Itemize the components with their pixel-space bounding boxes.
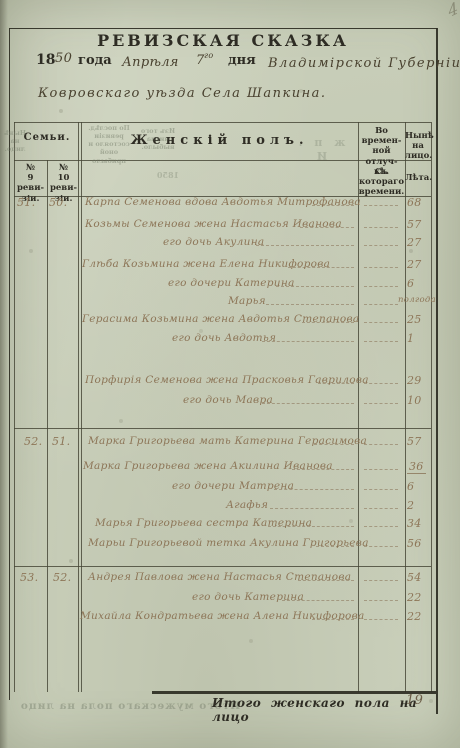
member-name: Карпа Семенова вдова Авдотья Митрофанова xyxy=(85,196,361,208)
leader-dashes xyxy=(364,546,398,547)
column-header-now-present: Нынѣ на лицо. xyxy=(405,131,431,162)
bleedthrough-text: Итого мужескаго пола на лицо xyxy=(15,700,245,713)
leader-dashes xyxy=(364,469,398,470)
uyezd-village-line: Ковровскаго уѣзда Села Шапкина. xyxy=(38,86,327,101)
member-name: Марка Григорьева мать Катерина Герасимов… xyxy=(88,435,367,447)
year-handwritten: 50 xyxy=(55,51,72,66)
leader-dashes xyxy=(364,245,398,246)
table-row: Марьи Григорьевой тетка Акулина Григорье… xyxy=(0,537,460,553)
member-name: Порфирія Семенова жена Прасковья Гаврило… xyxy=(85,374,369,386)
member-age: 56 xyxy=(407,537,422,550)
leader-dashes xyxy=(364,580,398,581)
family-separator xyxy=(14,428,431,429)
corner-page-mark: 4 xyxy=(446,0,460,21)
leader-dashes xyxy=(364,304,398,305)
member-name: его дочери Катерина xyxy=(168,277,295,289)
member-name: Герасима Козьмина жена Авдотья Степанова xyxy=(82,313,359,325)
leader-dashes xyxy=(266,304,354,305)
table-row: Козьмы Семенова жена Настасья Иванова 57 xyxy=(0,218,460,234)
leader-dashes xyxy=(316,546,354,547)
bleedthrough-text: Изъ того числа выбыло. xyxy=(137,127,179,151)
member-age: 27 xyxy=(407,236,422,249)
total-rule xyxy=(152,691,436,694)
member-name: его дочери Матрена xyxy=(172,480,294,492)
table-row: его дочь Авдотья 1 xyxy=(0,332,460,348)
gubernia-handwritten: Владимірской Губерніи xyxy=(268,56,460,71)
bleedthrough-text: Нынѣ на лицо. xyxy=(0,129,30,153)
bleedthrough-text: 1850 xyxy=(148,170,188,180)
table-row: Марка Григорьева жена Акилина Иванова 36 xyxy=(0,460,460,476)
year-word: года xyxy=(78,53,112,68)
table-row: его дочери Катерина 6 xyxy=(0,277,460,293)
leader-dashes xyxy=(268,526,354,527)
document-title: РЕВИЗСКАЯ СКАЗКА xyxy=(9,31,437,50)
member-age: полгода xyxy=(398,295,436,305)
member-age: 57 xyxy=(407,435,422,448)
member-age: 6 xyxy=(407,480,414,493)
table-row: Агафья 2 xyxy=(0,499,460,515)
member-age: 6 xyxy=(407,277,414,290)
table-row: Михайла Кондратьева жена Алена Никифоров… xyxy=(0,610,460,626)
bleedthrough-text: По послѣд. ревизіи состояло и оной прибы… xyxy=(84,124,134,165)
family-separator xyxy=(14,566,431,567)
day-ordinal-suffix: го xyxy=(204,51,213,60)
member-name: Марьи Григорьевой тетка Акулина Григорье… xyxy=(88,537,369,549)
table-row: Марья полгода xyxy=(0,295,460,311)
month-handwritten: Апрѣля xyxy=(122,55,179,70)
leader-dashes xyxy=(364,341,398,342)
column-header-years: Лѣта. xyxy=(405,173,431,183)
member-age: 25 xyxy=(407,313,422,326)
member-age: 27 xyxy=(407,258,422,271)
member-name: его дочь Акулина xyxy=(163,236,264,248)
member-age: 36 xyxy=(407,460,426,474)
leader-dashes xyxy=(364,322,398,323)
table-row: Глѣба Козьмина жена Елена Никифорова 27 xyxy=(0,258,460,274)
leader-dashes xyxy=(288,267,354,268)
table-row: его дочь Катерина 22 xyxy=(0,591,460,607)
leader-dashes xyxy=(364,403,398,404)
leader-dashes xyxy=(256,245,354,246)
leader-dashes xyxy=(314,444,354,445)
leader-dashes xyxy=(302,322,354,323)
leader-dashes xyxy=(292,469,354,470)
table-row: Герасима Козьмина жена Авдотья Степанова… xyxy=(0,313,460,329)
member-age: 22 xyxy=(407,591,422,604)
member-name: Марья Григорьева сестра Катерина xyxy=(95,517,312,529)
table-row: Марья Григорьева сестра Катерина 34 xyxy=(0,517,460,533)
leader-dashes xyxy=(364,600,398,601)
member-name: Агафья xyxy=(226,499,268,511)
paper-speckles xyxy=(0,0,2,2)
leader-dashes xyxy=(274,489,354,490)
table-row: Марка Григорьева мать Катерина Герасимов… xyxy=(0,435,460,451)
member-age: 1 xyxy=(407,332,414,345)
member-name: Марья xyxy=(228,295,266,307)
member-age: 29 xyxy=(407,374,422,387)
member-name: его дочь Катерина xyxy=(192,591,304,603)
leader-dashes xyxy=(298,580,354,581)
column-header-since-when: Съ котораго времени. xyxy=(358,167,405,198)
leader-dashes xyxy=(364,286,398,287)
member-age: 2 xyxy=(407,499,414,512)
table-row: Карпа Семенова вдова Авдотья Митрофанова… xyxy=(0,196,460,212)
leader-dashes xyxy=(276,286,354,287)
leader-dashes xyxy=(364,383,398,384)
member-name: Михайла Кондратьева жена Алена Никифоров… xyxy=(80,610,365,622)
member-age: 10 xyxy=(407,394,422,407)
leader-dashes xyxy=(282,600,354,601)
leader-dashes xyxy=(262,403,354,404)
member-name: Козьмы Семенова жена Настасья Иванова xyxy=(85,218,342,230)
leader-dashes xyxy=(262,341,354,342)
table-row: Андрея Павлова жена Настасья Степанова 5… xyxy=(0,571,460,587)
member-name: Андрея Павлова жена Настасья Степанова xyxy=(88,571,351,583)
year-printed: 18 xyxy=(36,52,55,68)
member-age: 57 xyxy=(407,218,422,231)
leader-dashes xyxy=(364,227,398,228)
leader-dashes xyxy=(364,267,398,268)
member-name: его дочь Авдотья xyxy=(172,332,276,344)
leader-dashes xyxy=(270,508,354,509)
leader-dashes xyxy=(364,526,398,527)
table-row: его дочери Матрена 6 xyxy=(0,480,460,496)
member-name: Марка Григорьева жена Акилина Иванова xyxy=(83,460,333,472)
leader-dashes xyxy=(300,227,354,228)
leader-dashes xyxy=(364,205,398,206)
table-row: Порфирія Семенова жена Прасковья Гаврило… xyxy=(0,374,460,390)
leader-dashes xyxy=(318,383,354,384)
member-age: 54 xyxy=(407,571,422,584)
member-age: 68 xyxy=(407,196,422,209)
member-name: его дочь Мавра xyxy=(183,394,273,406)
page-border-top xyxy=(9,28,437,29)
leader-dashes xyxy=(312,619,354,620)
leader-dashes xyxy=(364,508,398,509)
leader-dashes xyxy=(364,619,398,620)
revision-list-page: 4 РЕВИЗСКАЯ СКАЗКА 18 50 года Апрѣля 7 г… xyxy=(0,0,460,748)
table-row: его дочь Акулина 27 xyxy=(0,236,460,252)
total-value-handwritten: 19 xyxy=(406,693,423,708)
leader-dashes xyxy=(364,489,398,490)
member-age: 22 xyxy=(407,610,422,623)
day-word: дня xyxy=(228,53,256,68)
table-row: его дочь Мавра 10 xyxy=(0,394,460,410)
member-name: Глѣба Козьмина жена Елена Никифорова xyxy=(82,258,330,270)
member-age: 34 xyxy=(407,517,422,530)
leader-dashes xyxy=(364,444,398,445)
table-top-rule xyxy=(14,122,431,123)
bleedthrough-text: ж п . И xyxy=(290,136,350,164)
leader-dashes xyxy=(312,205,354,206)
